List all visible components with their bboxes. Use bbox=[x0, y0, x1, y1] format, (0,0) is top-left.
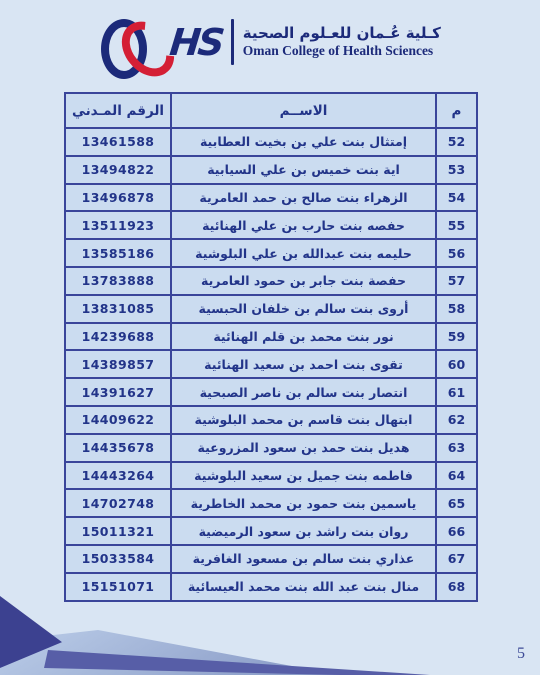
civil-number-cell: 15033584 bbox=[65, 545, 171, 573]
table-row: 58 أروى بنت سالم بن خلفان الحبسية 138310… bbox=[65, 295, 477, 323]
college-name-arabic: كـلية عُـمان للعـلوم الصحية bbox=[243, 24, 441, 43]
college-name-english: Oman College of Health Sciences bbox=[243, 43, 441, 60]
light-triangle-shape bbox=[0, 628, 345, 675]
table-row: 57 حفصة بنت جابر بن حمود العامرية 137838… bbox=[65, 267, 477, 295]
civil-number-cell: 14435678 bbox=[65, 434, 171, 462]
students-table-wrap: م الاســم الرقم المـدني 52 إمتثال بنت عل… bbox=[64, 92, 478, 602]
serial-cell: 59 bbox=[436, 323, 477, 351]
table-row: 52 إمتثال بنت علي بن بخيت العطابية 13461… bbox=[65, 128, 477, 156]
civil-number-cell: 14389857 bbox=[65, 350, 171, 378]
document-page: { "page": { "number": "5", "background_c… bbox=[0, 0, 540, 675]
civil-number-cell: 15011321 bbox=[65, 517, 171, 545]
students-table: م الاســم الرقم المـدني 52 إمتثال بنت عل… bbox=[64, 92, 478, 602]
table-row: 64 فاطمه بنت جميل بن سعيد البلوشية 14443… bbox=[65, 462, 477, 490]
table-row: 67 عذاري بنت سالم بن مسعود الغافرية 1503… bbox=[65, 545, 477, 573]
serial-cell: 68 bbox=[436, 573, 477, 601]
civil-number-cell: 13511923 bbox=[65, 211, 171, 239]
name-cell: اية بنت خميس بن علي السيابية bbox=[171, 156, 436, 184]
table-row: 65 ياسمين بنت حمود بن محمد الخاطرية 1470… bbox=[65, 489, 477, 517]
logo-letters-hs: HS bbox=[168, 24, 224, 61]
name-cell: روان بنت راشد بن سعود الرميضية bbox=[171, 517, 436, 545]
name-cell: هديل بنت حمد بن سعود المزروعية bbox=[171, 434, 436, 462]
serial-cell: 57 bbox=[436, 267, 477, 295]
table-row: 54 الزهراء بنت صالح بن حمد العامرية 1349… bbox=[65, 184, 477, 212]
logo-text-block: كـلية عُـمان للعـلوم الصحية Oman College… bbox=[243, 24, 441, 60]
civil-number-cell: 13585186 bbox=[65, 239, 171, 267]
civil-number-cell: 14239688 bbox=[65, 323, 171, 351]
serial-cell: 52 bbox=[436, 128, 477, 156]
serial-cell: 53 bbox=[436, 156, 477, 184]
table-row: 61 انتصار بنت سالم بن ناصر الصبحية 14391… bbox=[65, 378, 477, 406]
table-row: 68 منال بنت عبد الله بنت محمد العيسائية … bbox=[65, 573, 477, 601]
serial-cell: 66 bbox=[436, 517, 477, 545]
name-cell: حفصه بنت حارب بن علي الهنائية bbox=[171, 211, 436, 239]
serial-cell: 64 bbox=[436, 462, 477, 490]
name-cell: أروى بنت سالم بن خلفان الحبسية bbox=[171, 295, 436, 323]
name-cell: عذاري بنت سالم بن مسعود الغافرية bbox=[171, 545, 436, 573]
serial-cell: 60 bbox=[436, 350, 477, 378]
table-row: 59 نور بنت محمد بن قلم الهنائية 14239688 bbox=[65, 323, 477, 351]
column-header-serial: م bbox=[436, 93, 477, 128]
table-header-row: م الاســم الرقم المـدني bbox=[65, 93, 477, 128]
column-header-civil-number: الرقم المـدني bbox=[65, 93, 171, 128]
serial-cell: 62 bbox=[436, 406, 477, 434]
serial-cell: 61 bbox=[436, 378, 477, 406]
name-cell: حليمه بنت عبدالله بن علي البلوشية bbox=[171, 239, 436, 267]
logo-divider bbox=[231, 19, 234, 65]
table-header: م الاســم الرقم المـدني bbox=[65, 93, 477, 128]
civil-number-cell: 14443264 bbox=[65, 462, 171, 490]
table-row: 63 هديل بنت حمد بن سعود المزروعية 144356… bbox=[65, 434, 477, 462]
dark-triangle-shape bbox=[0, 596, 62, 668]
serial-cell: 58 bbox=[436, 295, 477, 323]
civil-number-cell: 14391627 bbox=[65, 378, 171, 406]
name-cell: ياسمين بنت حمود بن محمد الخاطرية bbox=[171, 489, 436, 517]
serial-cell: 65 bbox=[436, 489, 477, 517]
table-body: 52 إمتثال بنت علي بن بخيت العطابية 13461… bbox=[65, 128, 477, 601]
name-cell: حفصة بنت جابر بن حمود العامرية bbox=[171, 267, 436, 295]
name-cell: منال بنت عبد الله بنت محمد العيسائية bbox=[171, 573, 436, 601]
name-cell: نور بنت محمد بن قلم الهنائية bbox=[171, 323, 436, 351]
page-number: 5 bbox=[517, 645, 525, 663]
civil-number-cell: 13461588 bbox=[65, 128, 171, 156]
purple-wedge-shape bbox=[44, 648, 436, 675]
column-header-name: الاســم bbox=[171, 93, 436, 128]
name-cell: ابتهال بنت قاسم بن محمد البلوشية bbox=[171, 406, 436, 434]
civil-number-cell: 14409622 bbox=[65, 406, 171, 434]
college-logo: HS كـلية عُـمان للعـلوم الصحية Oman Coll… bbox=[0, 14, 540, 70]
name-cell: انتصار بنت سالم بن ناصر الصبحية bbox=[171, 378, 436, 406]
civil-number-cell: 15151071 bbox=[65, 573, 171, 601]
serial-cell: 54 bbox=[436, 184, 477, 212]
table-row: 55 حفصه بنت حارب بن علي الهنائية 1351192… bbox=[65, 211, 477, 239]
civil-number-cell: 13496878 bbox=[65, 184, 171, 212]
table-row: 60 تقوى بنت احمد بن سعيد الهنائية 143898… bbox=[65, 350, 477, 378]
table-row: 66 روان بنت راشد بن سعود الرميضية 150113… bbox=[65, 517, 477, 545]
name-cell: تقوى بنت احمد بن سعيد الهنائية bbox=[171, 350, 436, 378]
name-cell: إمتثال بنت علي بن بخيت العطابية bbox=[171, 128, 436, 156]
name-cell: فاطمه بنت جميل بن سعيد البلوشية bbox=[171, 462, 436, 490]
serial-cell: 63 bbox=[436, 434, 477, 462]
civil-number-cell: 13783888 bbox=[65, 267, 171, 295]
civil-number-cell: 14702748 bbox=[65, 489, 171, 517]
civil-number-cell: 13831085 bbox=[65, 295, 171, 323]
table-row: 62 ابتهال بنت قاسم بن محمد البلوشية 1440… bbox=[65, 406, 477, 434]
table-row: 53 اية بنت خميس بن علي السيابية 13494822 bbox=[65, 156, 477, 184]
table-row: 56 حليمه بنت عبدالله بن علي البلوشية 135… bbox=[65, 239, 477, 267]
serial-cell: 56 bbox=[436, 239, 477, 267]
name-cell: الزهراء بنت صالح بن حمد العامرية bbox=[171, 184, 436, 212]
serial-cell: 55 bbox=[436, 211, 477, 239]
civil-number-cell: 13494822 bbox=[65, 156, 171, 184]
serial-cell: 67 bbox=[436, 545, 477, 573]
